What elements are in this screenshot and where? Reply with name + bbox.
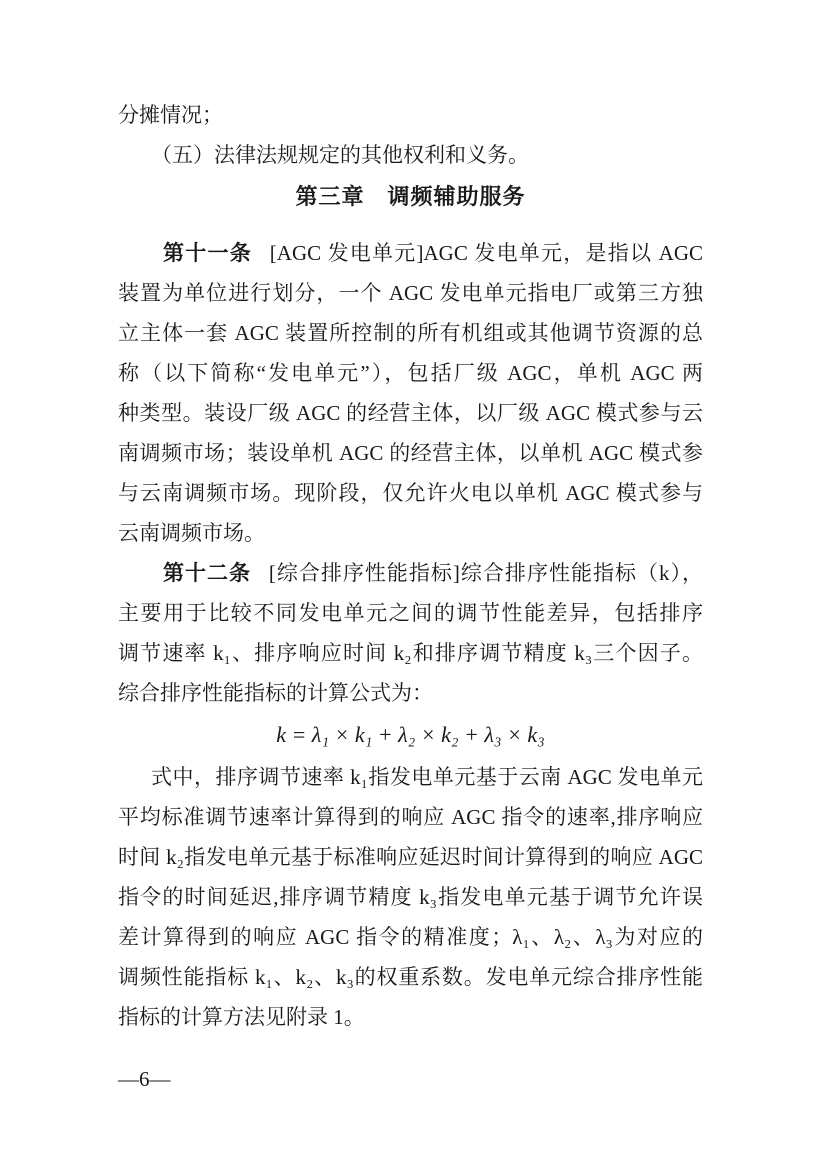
formula: k = λ₁ × k₁ + λ₂ × k₂ + λ₃ × k₃ bbox=[118, 713, 703, 757]
article-11-number: 第十一条 bbox=[163, 242, 252, 265]
paragraph-line: 差计算得到的响应 AGC 指令的精准度；λ₁、λ₂、λ₃为对应的 bbox=[118, 917, 703, 957]
paragraph-line: 分摊情况； bbox=[118, 95, 703, 135]
page-number: —6— bbox=[118, 1064, 171, 1094]
paragraph-line: 南调频市场；装设单机 AGC 的经营主体，以单机 AGC 模式参 bbox=[118, 433, 703, 473]
paragraph-line: 云南调频市场。 bbox=[118, 513, 703, 553]
paragraph-line: 调节速率 k₁、排序响应时间 k₂和排序调节精度 k₃三个因子。 bbox=[118, 633, 703, 673]
paragraph-line: 调频性能指标 k₁、k₂、k₃的权重系数。发电单元综合排序性能 bbox=[118, 957, 703, 997]
paragraph-text: [综合排序性能指标]综合排序性能指标（k）， bbox=[269, 561, 703, 585]
paragraph-line: （五）法律法规规定的其他权利和义务。 bbox=[118, 135, 703, 175]
document-page: 分摊情况； （五）法律法规规定的其他权利和义务。 第三章 调频辅助服务 第十一条… bbox=[0, 0, 827, 1170]
paragraph-line: 第十二条[综合排序性能指标]综合排序性能指标（k）， bbox=[118, 553, 703, 593]
paragraph-line: 平均标准调节速率计算得到的响应 AGC 指令的速率,排序响应 bbox=[118, 797, 703, 837]
paragraph-line: 立主体一套 AGC 装置所控制的所有机组或其他调节资源的总 bbox=[118, 313, 703, 353]
paragraph-text: [AGC 发电单元]AGC 发电单元，是指以 AGC bbox=[270, 241, 703, 265]
paragraph-line: 称（以下简称“发电单元”），包括厂级 AGC，单机 AGC 两 bbox=[118, 353, 703, 393]
article-12-number: 第十二条 bbox=[163, 562, 251, 585]
paragraph-line: 式中，排序调节速率 k₁指发电单元基于云南 AGC 发电单元 bbox=[118, 757, 703, 797]
paragraph-line: 时间 k₂指发电单元基于标准响应延迟时间计算得到的响应 AGC bbox=[118, 837, 703, 877]
paragraph-line: 与云南调频市场。现阶段，仅允许火电以单机 AGC 模式参与 bbox=[118, 473, 703, 513]
paragraph-line: 装置为单位进行划分，一个 AGC 发电单元指电厂或第三方独 bbox=[118, 273, 703, 313]
paragraph-line: 指令的时间延迟,排序调节精度 k₃指发电单元基于调节允许误 bbox=[118, 877, 703, 917]
paragraph-line: 主要用于比较不同发电单元之间的调节性能差异，包括排序 bbox=[118, 593, 703, 633]
chapter-heading: 第三章 调频辅助服务 bbox=[118, 175, 703, 219]
paragraph-line: 第十一条[AGC 发电单元]AGC 发电单元，是指以 AGC bbox=[118, 233, 703, 273]
document-body: 分摊情况； （五）法律法规规定的其他权利和义务。 第三章 调频辅助服务 第十一条… bbox=[118, 95, 703, 1037]
paragraph-line: 种类型。装设厂级 AGC 的经营主体，以厂级 AGC 模式参与云 bbox=[118, 393, 703, 433]
paragraph-line: 综合排序性能指标的计算公式为： bbox=[118, 673, 703, 713]
paragraph-line: 指标的计算方法见附录 1。 bbox=[118, 997, 703, 1037]
